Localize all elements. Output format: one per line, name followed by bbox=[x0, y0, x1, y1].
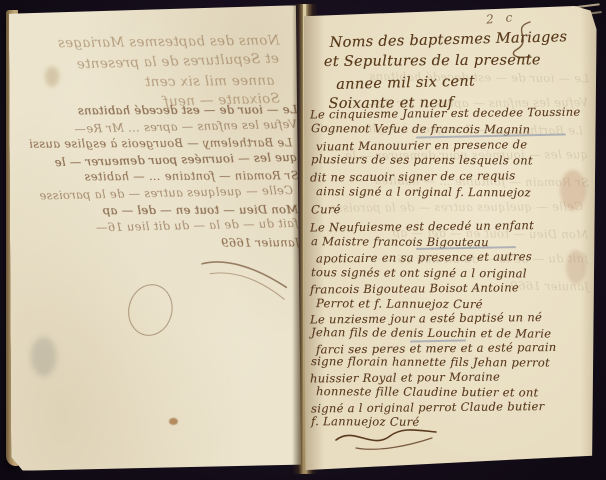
title-flourish bbox=[500, 20, 540, 62]
register-title: Noms des baptesmes Mariageset Sepultures… bbox=[321, 28, 584, 116]
margin-showthrough-mark bbox=[560, 170, 586, 210]
showthrough-body: Le — iour de — est decedé habitansVefue … bbox=[11, 100, 299, 254]
burial-entry-1: Le cinquiesme Januier est decedee Toussi… bbox=[311, 106, 597, 217]
entry-line: Le Neufuiesme est decedé un enfant bbox=[310, 217, 597, 236]
ink-doodle-oval bbox=[123, 280, 178, 341]
margin-showthrough-mark bbox=[566, 250, 586, 284]
entry-line: Curé bbox=[311, 199, 597, 218]
cure-paraph-flourish bbox=[332, 424, 444, 452]
baptism-entry: Le unziesme jour a esté baptisé un néJeh… bbox=[311, 311, 597, 429]
left-page: Noms des baptesmes Mariageset Sepultures… bbox=[9, 5, 301, 471]
entry-line: francois Bigouteau Boisot Antoine bbox=[310, 279, 597, 298]
mirrored-signature-flourish bbox=[196, 253, 292, 312]
burial-entry-2: Le Neufuiesme est decedé un enfanta Mais… bbox=[311, 219, 597, 312]
entry-line: apoticaire en sa presence et autres bbox=[316, 249, 597, 267]
manuscript-scan: Noms des baptesmes Mariageset Sepultures… bbox=[0, 0, 606, 480]
paper-stain bbox=[45, 66, 59, 86]
showthrough-line: Januier 1669 bbox=[13, 234, 300, 252]
right-page: Le — iour de — est decedé habitansVefue … bbox=[304, 6, 598, 472]
paper-stain bbox=[31, 337, 57, 377]
paper-stain bbox=[169, 418, 178, 425]
